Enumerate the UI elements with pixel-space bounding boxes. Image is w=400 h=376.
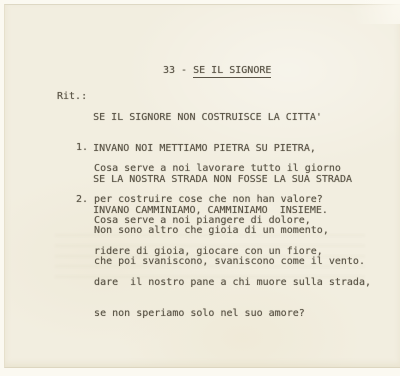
lyric-line: dare il nostro pane a chi muore sulla st… [94, 278, 371, 288]
lyric-line: ridere di gioia, giocare con un fiore, [94, 247, 371, 257]
lyric-line: SE IL SIGNORE NON COSTRUISCE LA CITTA' [93, 113, 352, 123]
lyric-line: Cosa serve a noi lavorare tutto il giorn… [94, 164, 365, 174]
verse-number: 2. [76, 195, 88, 205]
verse-lines: Cosa serve a noi piangere di dolore, rid… [94, 195, 371, 341]
scanned-songbook-page: 33 - SE IL SIGNORE Rit.: SE IL SIGNORE N… [0, 0, 400, 376]
refrain-label: Rit.: [57, 92, 87, 102]
lyric-line: Cosa serve a noi piangere di dolore, [94, 216, 371, 226]
verse-number: 1. [76, 143, 88, 153]
song-number: 33 - [163, 65, 193, 76]
lyric-line: se non speriamo solo nel suo amore? [94, 309, 371, 319]
song-title: 33 - SE IL SIGNORE [163, 66, 271, 76]
verse-block: 2. Cosa serve a noi piangere di dolore, … [76, 195, 371, 341]
song-title-underlined: SE IL SIGNORE [193, 65, 271, 78]
